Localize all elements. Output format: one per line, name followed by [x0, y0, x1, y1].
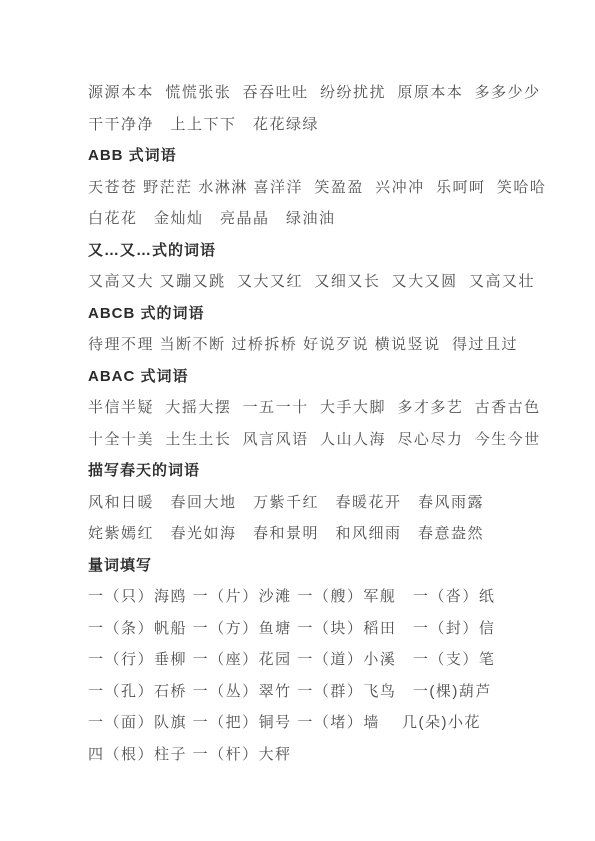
heading-abb-pattern: ABB 式词语: [88, 140, 533, 172]
heading-abcb-pattern: ABCB 式的词语: [88, 298, 533, 330]
heading-you-you-pattern: 又…又…式的词语: [88, 235, 533, 267]
line-spring-words-1: 风和日暖 春回大地 万紫千红 春暖花开 春风雨露: [88, 487, 533, 519]
line-abb-words-2: 白花花 金灿灿 亮晶晶 绿油油: [88, 203, 533, 235]
line-measure-words-5: 一（面）队旗 一（把）铜号 一（堵）墙 几(朵)小花: [88, 707, 533, 739]
line-you-you-words: 又高又大 又蹦又跳 又大又红 又细又长 又大又圆 又高又壮: [88, 266, 533, 298]
line-measure-words-3: 一（行）垂柳 一（座）花园 一（道）小溪 一（支）笔: [88, 644, 533, 676]
line-abb-words-1: 天苍苍 野茫茫 水淋淋 喜洋洋 笑盈盈 兴冲冲 乐呵呵 笑哈哈: [88, 172, 533, 204]
heading-abac-pattern: ABAC 式词语: [88, 361, 533, 393]
line-spring-words-2: 姹紫嫣红 春光如海 春和景明 和风细雨 春意盎然: [88, 518, 533, 550]
line-abac-words-2: 十全十美 土生土长 风言风语 人山人海 尽心尽力 今生今世: [88, 424, 533, 456]
line-aabb-words-1: 源源本本 慌慌张张 吞吞吐吐 纷纷扰扰 原原本本 多多少少: [88, 77, 533, 109]
line-measure-words-2: 一（条）帆船 一（方）鱼塘 一（块）稻田 一（封）信: [88, 613, 533, 645]
document-page: 源源本本 慌慌张张 吞吞吐吐 纷纷扰扰 原原本本 多多少少 干干净净 上上下下 …: [0, 0, 595, 841]
line-aabb-words-2: 干干净净 上上下下 花花绿绿: [88, 109, 533, 141]
heading-measure-words: 量词填写: [88, 550, 533, 582]
heading-spring-words: 描写春天的词语: [88, 455, 533, 487]
text-block: 源源本本 慌慌张张 吞吞吐吐 纷纷扰扰 原原本本 多多少少 干干净净 上上下下 …: [88, 77, 533, 770]
line-measure-words-1: 一（只）海鸥 一（片）沙滩 一（艘）军舰 一（沓）纸: [88, 581, 533, 613]
line-abac-words-1: 半信半疑 大摇大摆 一五一十 大手大脚 多才多艺 古香古色: [88, 392, 533, 424]
line-measure-words-6: 四（根）柱子 一（杆）大秤: [88, 739, 533, 771]
line-abcb-words: 待理不理 当断不断 过桥拆桥 好说歹说 横说竖说 得过且过: [88, 329, 533, 361]
line-measure-words-4: 一（孔）石桥 一（丛）翠竹 一（群）飞鸟 一(棵)葫芦: [88, 676, 533, 708]
